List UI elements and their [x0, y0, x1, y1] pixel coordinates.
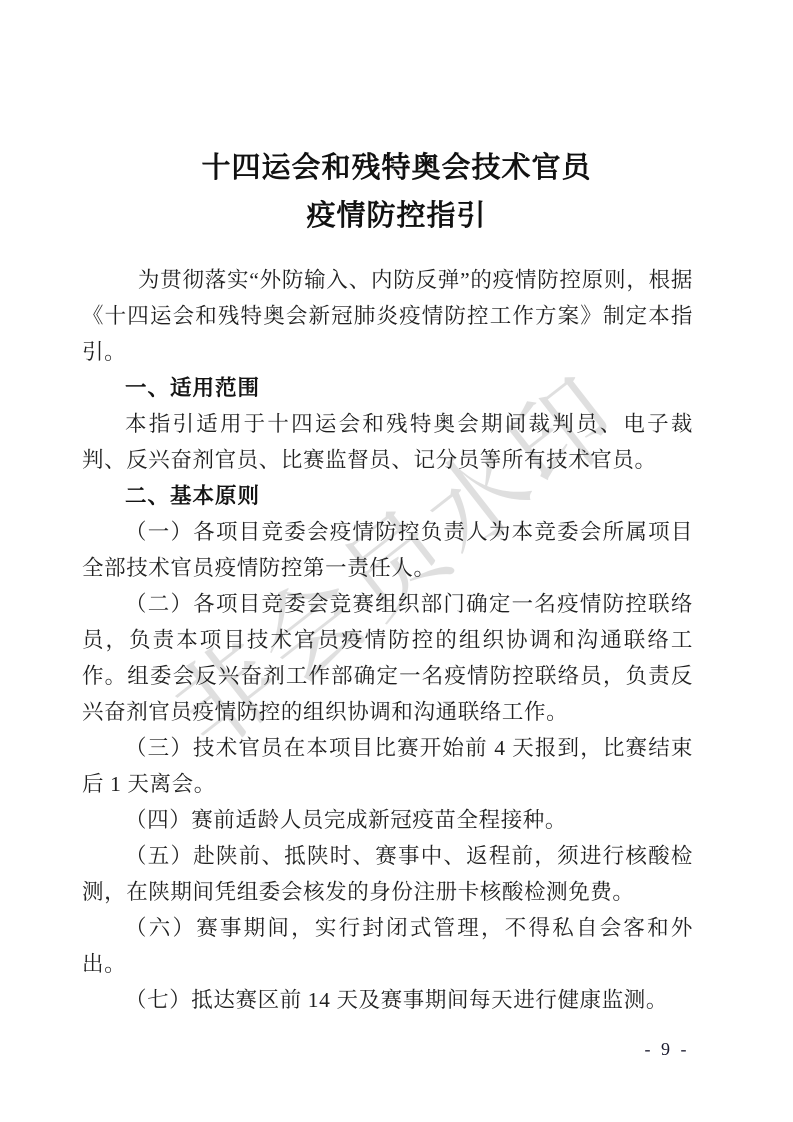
page-number: - 9 -: [634, 1038, 700, 1060]
document-page: 非会员水印 十四运会和残特奥会技术官员 疫情防控指引 为贯彻落实“外防输入、内防…: [0, 0, 793, 1122]
principle-item-2: （二）各项目竞委会竞赛组织部门确定一名疫情防控联络员，负责本项目技术官员疫情防控…: [82, 586, 693, 730]
principle-item-1: （一）各项目竞委会疫情防控负责人为本竞委会所属项目全部技术官员疫情防控第一责任人…: [82, 514, 693, 586]
section-1-heading: 一、适用范围: [82, 370, 693, 406]
principle-item-5: （五）赴陕前、抵陕时、赛事中、返程前，须进行核酸检测，在陕期间凭组委会核发的身份…: [82, 838, 693, 910]
intro-paragraph: 为贯彻落实“外防输入、内防反弹”的疫情防控原则，根据《十四运会和残特奥会新冠肺炎…: [82, 262, 693, 370]
document-title: 十四运会和残特奥会技术官员 疫情防控指引: [0, 144, 793, 240]
section-2-heading: 二、基本原则: [82, 478, 693, 514]
principle-item-3: （三）技术官员在本项目比赛开始前 4 天报到，比赛结束后 1 天离会。: [82, 730, 693, 802]
principle-item-6: （六）赛事期间，实行封闭式管理，不得私自会客和外出。: [82, 910, 693, 982]
document-body: 为贯彻落实“外防输入、内防反弹”的疫情防控原则，根据《十四运会和残特奥会新冠肺炎…: [82, 262, 693, 1018]
title-line-1: 十四运会和残特奥会技术官员: [0, 144, 793, 192]
section-1-paragraph: 本指引适用于十四运会和残特奥会期间裁判员、电子裁判、反兴奋剂官员、比赛监督员、记…: [82, 406, 693, 478]
title-line-2: 疫情防控指引: [0, 192, 793, 240]
principle-item-4: （四）赛前适龄人员完成新冠疫苗全程接种。: [82, 802, 693, 838]
principle-item-7: （七）抵达赛区前 14 天及赛事期间每天进行健康监测。: [82, 982, 693, 1018]
